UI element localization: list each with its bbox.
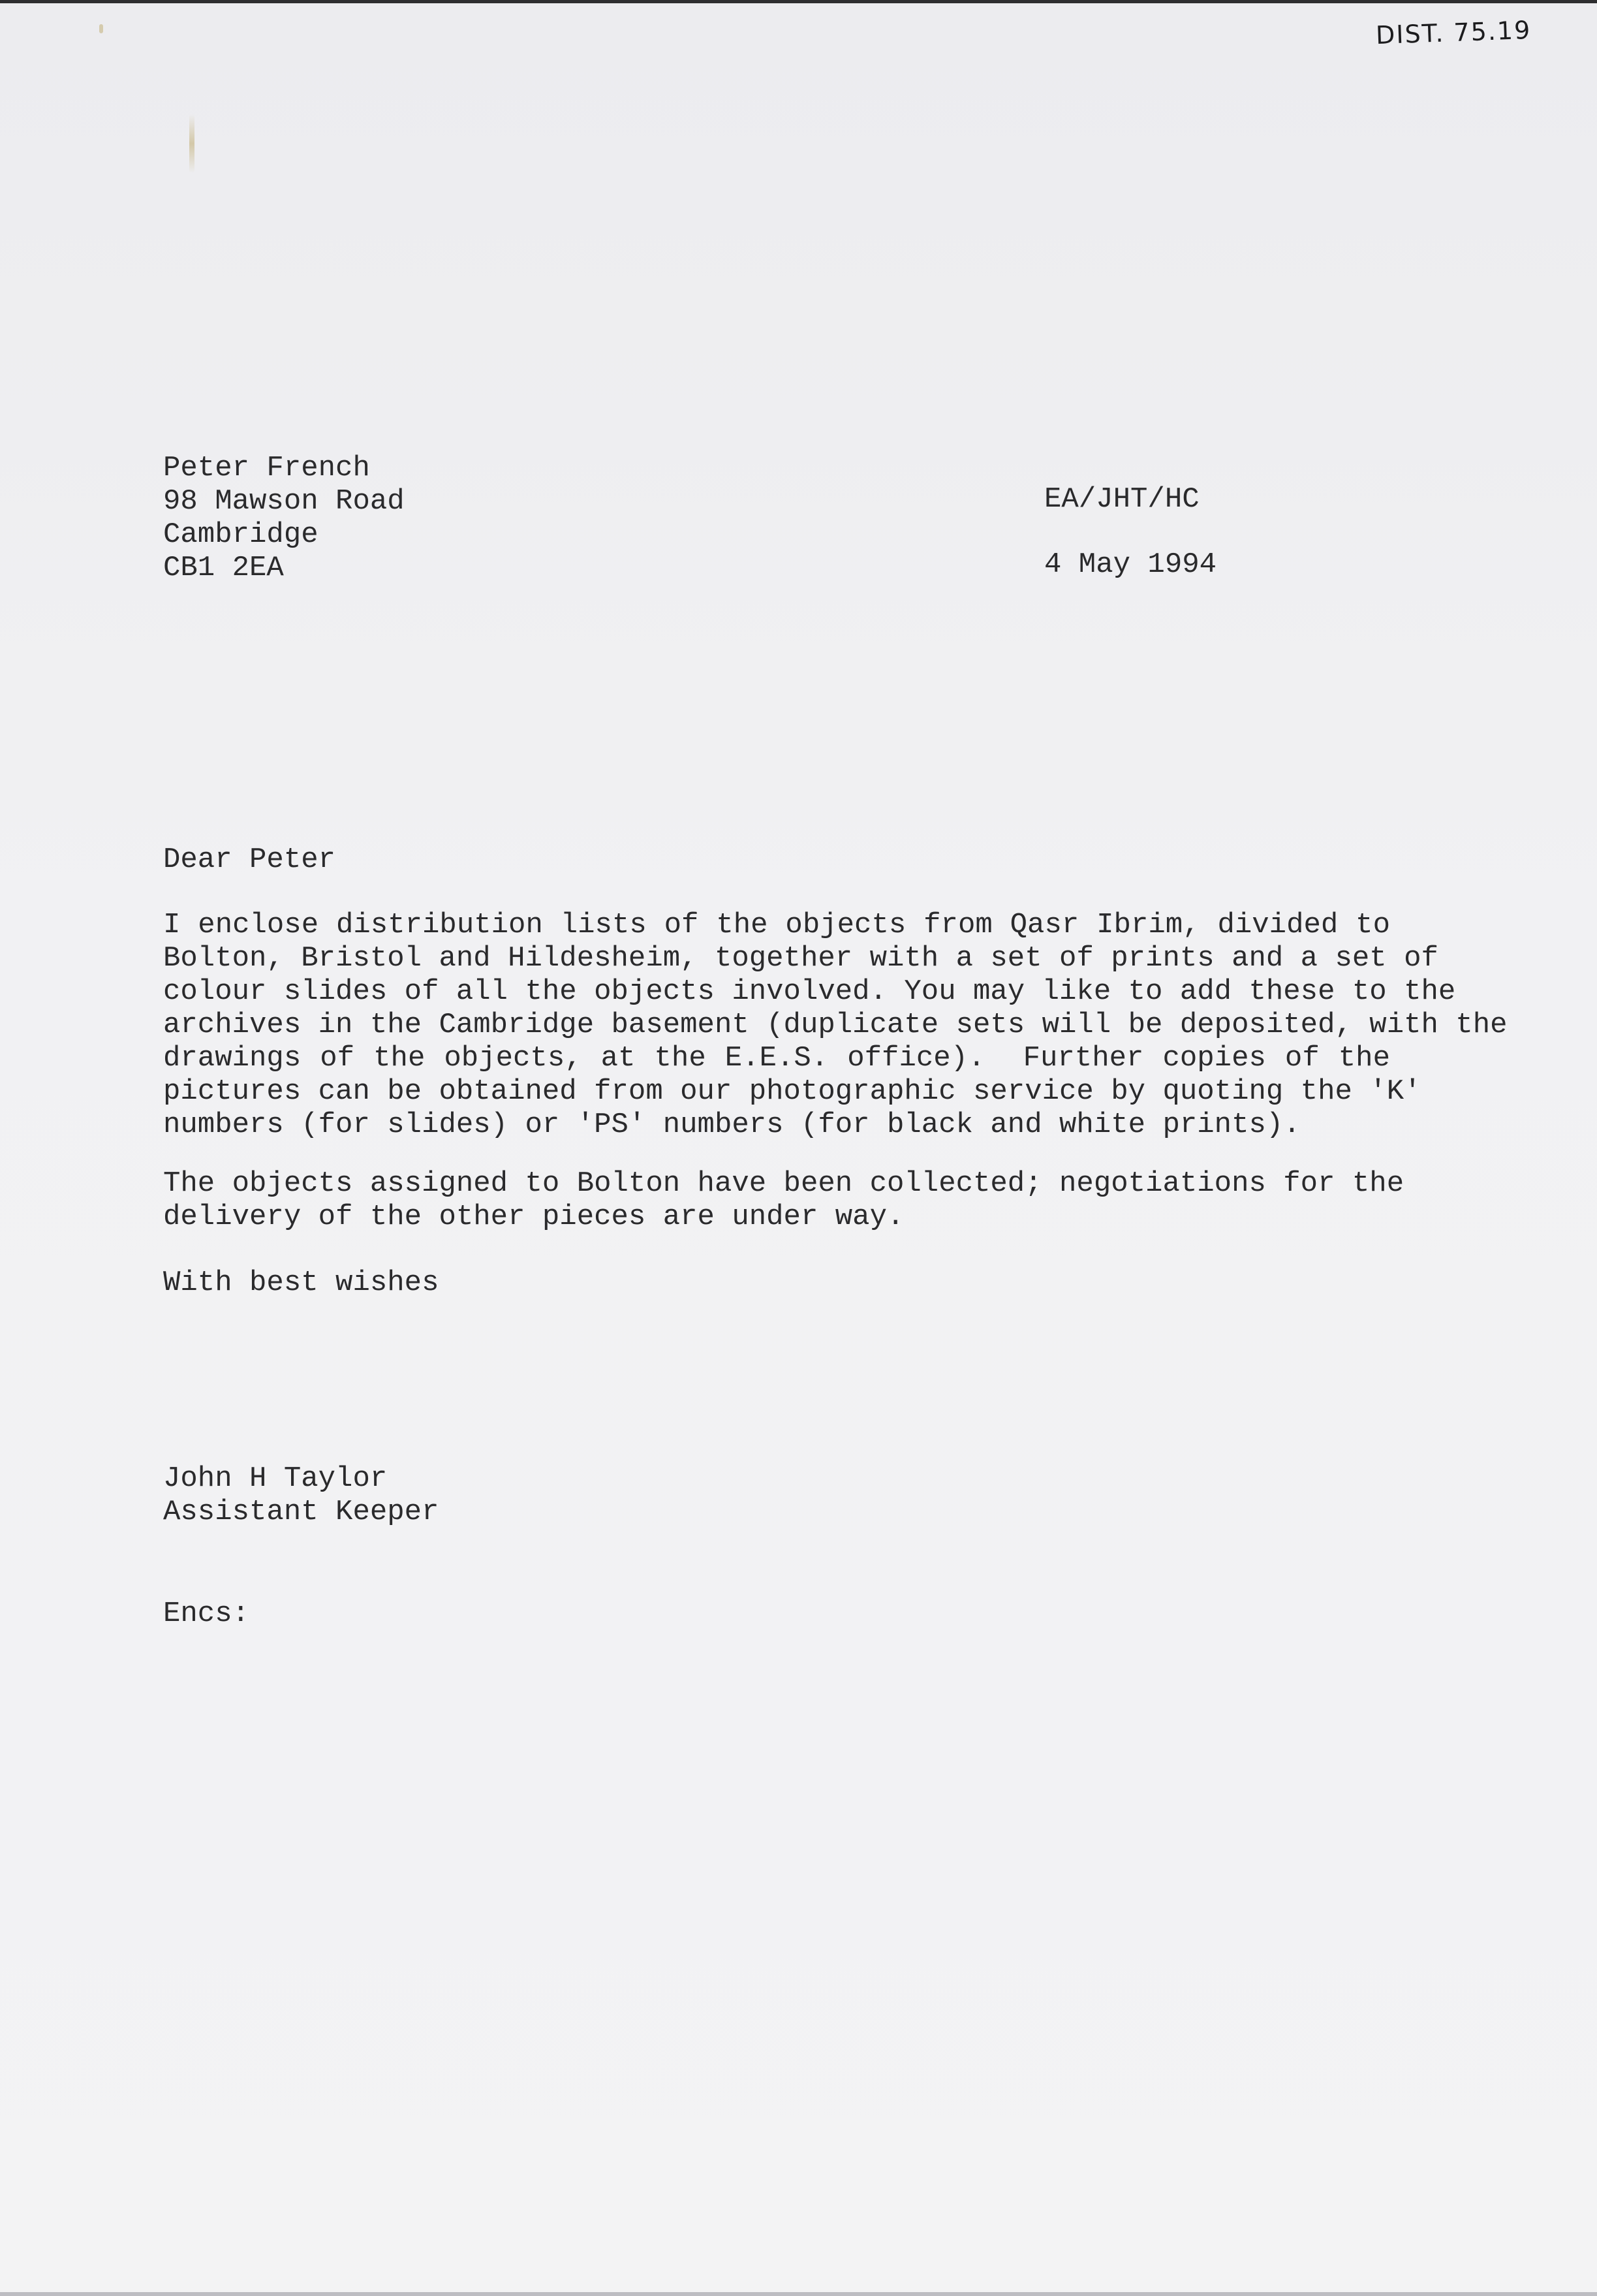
salutation: Dear Peter — [163, 843, 335, 877]
reference-code: EA/JHT/HC — [1044, 483, 1200, 516]
paper-stain — [189, 114, 194, 173]
paragraph-line: colour slides of all the objects involve… — [163, 975, 1390, 1009]
signatory-title: Assistant Keeper — [163, 1496, 439, 1529]
scan-bottom-edge — [0, 2292, 1597, 2296]
recipient-address-line: 98 Mawson Road — [163, 485, 405, 518]
paragraph-line: archives in the Cambridge basement (dupl… — [163, 1009, 1390, 1042]
recipient-address-line: Cambridge — [163, 518, 318, 552]
letter-date: 4 May 1994 — [1044, 548, 1217, 582]
recipient-name: Peter French — [163, 452, 370, 485]
archive-mark: DIST. 75.19 — [1375, 16, 1532, 50]
paragraph-line: delivery of the other pieces are under w… — [163, 1201, 1390, 1234]
letter-page — [0, 3, 1597, 2292]
paragraph-line: pictures can be obtained from our photog… — [163, 1075, 1390, 1109]
paper-stain — [99, 24, 103, 33]
paragraph-line: Bolton, Bristol and Hildesheim, together… — [163, 942, 1390, 975]
paragraph-line: drawings of the objects, at the E.E.S. o… — [163, 1042, 1390, 1075]
body-paragraph: I enclose distribution lists of the obje… — [163, 909, 1390, 1142]
closing: With best wishes — [163, 1266, 439, 1300]
paragraph-line: The objects assigned to Bolton have been… — [163, 1167, 1390, 1201]
paragraph-line: numbers (for slides) or 'PS' numbers (fo… — [163, 1109, 1390, 1142]
paragraph-line: I enclose distribution lists of the obje… — [163, 909, 1390, 942]
enclosures-label: Encs: — [163, 1597, 249, 1631]
recipient-address-line: CB1 2EA — [163, 552, 284, 585]
body-paragraph: The objects assigned to Bolton have been… — [163, 1167, 1390, 1234]
signatory-name: John H Taylor — [163, 1462, 387, 1496]
